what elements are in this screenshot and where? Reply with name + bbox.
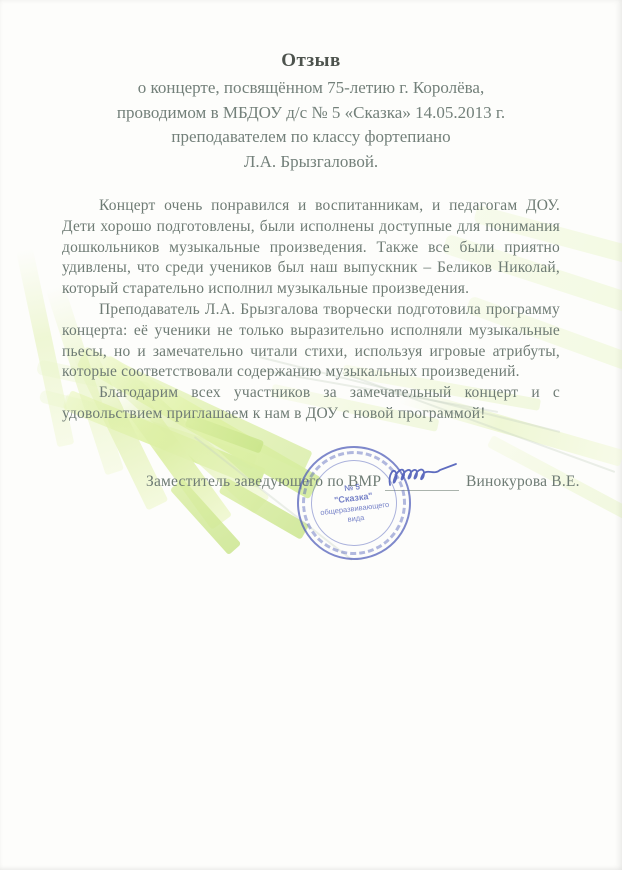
- official-stamp: № 5 "Сказка" общеразвивающего вида: [290, 439, 417, 566]
- body-paragraph: Преподаватель Л.А. Брызгалова творчески …: [62, 300, 560, 383]
- review-subtitle-line-3: преподавателем по классу фортепиано: [62, 125, 560, 150]
- body-paragraph: Концерт очень понравился и воспитанникам…: [62, 196, 560, 300]
- signatory-name: Винокурова В.Е.: [466, 473, 580, 491]
- review-title: Отзыв: [62, 50, 560, 72]
- stamp-center-text: № 5 "Сказка" общеразвивающего вида: [311, 460, 398, 547]
- review-subtitle-line-4: Л.А. Брызгаловой.: [62, 150, 560, 175]
- stamp-center-line: вида: [347, 513, 365, 524]
- body-paragraph: Благодарим всех участников за замечатель…: [62, 383, 560, 425]
- letter-body: Отзыв о концерте, посвящённом 75-летию г…: [62, 50, 560, 425]
- review-subtitle-line-2: проводимом в МБДОУ д/с № 5 «Сказка» 14.0…: [62, 101, 560, 126]
- scanned-page: Отзыв о концерте, посвящённом 75-летию г…: [0, 0, 622, 870]
- review-subtitle-line-1: о концерте, посвящённом 75-летию г. Коро…: [62, 76, 560, 101]
